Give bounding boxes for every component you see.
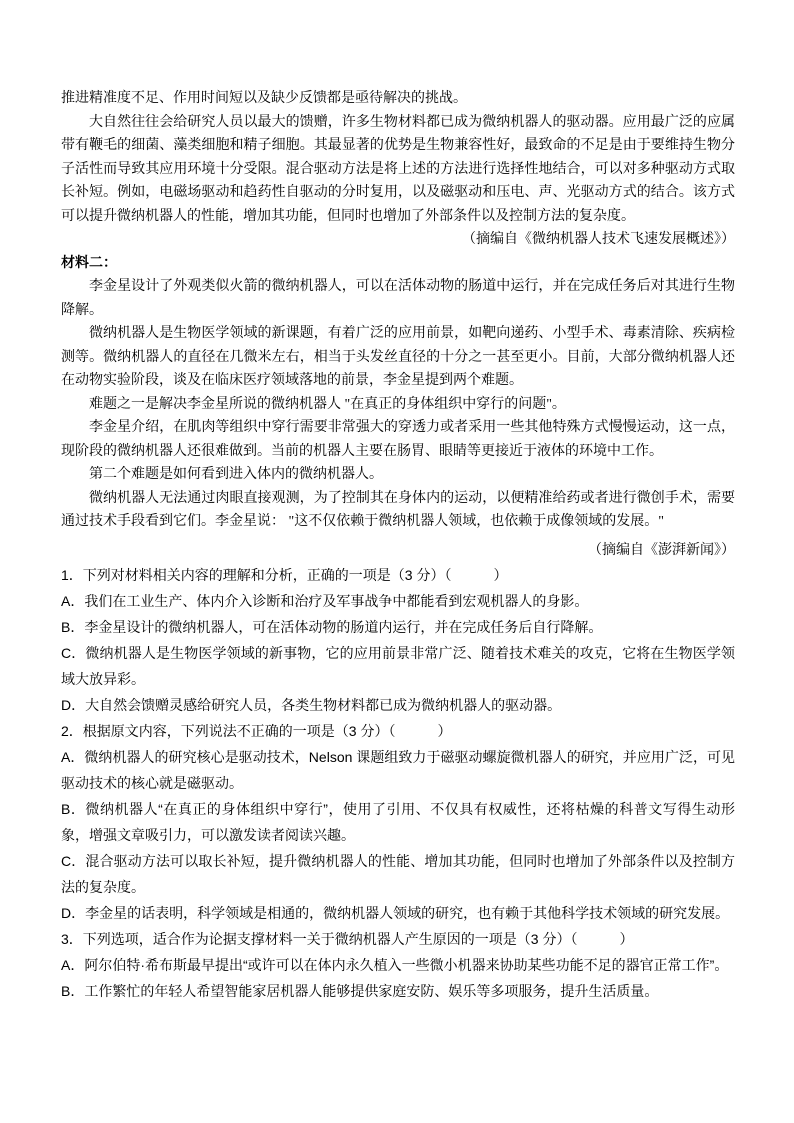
- material-two-paragraph: 微纳机器人无法通过肉眼直接观测，为了控制其在身体内的运动，以便精准给药或者进行微…: [61, 487, 735, 534]
- material-one-citation: （摘编自《微纳机器人技术飞速发展概述》）: [61, 228, 735, 252]
- material-two-paragraph: 第二个难题是如何看到进入体内的微纳机器人。: [61, 463, 735, 487]
- question-3-option-b: B．工作繁忙的年轻人希望智能家居机器人能够提供家庭安防、娱乐等多项服务，提升生活…: [61, 978, 735, 1004]
- question-2: 2．根据原文内容，下列说法不正确的一项是（3 分）（ ） A．微纳机器人的研究核…: [61, 718, 735, 926]
- question-3-stem: 3．下列选项，适合作为论据支撑材料一关于微纳机器人产生原因的一项是（3 分）（ …: [61, 926, 735, 952]
- questions-section: 1．下列对材料相关内容的理解和分析，正确的一项是（3 分）（ ） A．我们在工业…: [61, 562, 735, 1004]
- material-one-section: 推进精准度不足、作用时间短以及缺少反馈都是亟待解决的挑战。 大自然往往会给研究人…: [61, 87, 735, 252]
- question-1-option-c: C．微纳机器人是生物医学领域的新事物，它的应用前景非常广泛、随着技术难关的攻克，…: [61, 640, 735, 692]
- material-one-paragraph: 推进精准度不足、作用时间短以及缺少反馈都是亟待解决的挑战。: [61, 87, 735, 111]
- question-1-option-d: D．大自然会馈赠灵感给研究人员，各类生物材料都已成为微纳机器人的驱动器。: [61, 692, 735, 718]
- question-2-option-a: A．微纳机器人的研究核心是驱动技术，Nelson 课题组致力于磁驱动螺旋微机器人…: [61, 744, 735, 796]
- material-two-heading: 材料二：: [61, 252, 735, 276]
- material-one-paragraph: 大自然往往会给研究人员以最大的馈赠，许多生物材料都已成为微纳机器人的驱动器。应用…: [61, 111, 735, 229]
- material-two-paragraph: 李金星介绍，在肌肉等组织中穿行需要非常强大的穿透力或者采用一些其他特殊方式慢慢运…: [61, 416, 735, 463]
- question-1-option-b: B．李金星设计的微纳机器人，可在活体动物的肠道内运行，并在完成任务后自行降解。: [61, 614, 735, 640]
- question-3: 3．下列选项，适合作为论据支撑材料一关于微纳机器人产生原因的一项是（3 分）（ …: [61, 926, 735, 1004]
- material-two-citation: （摘编自《澎湃新闻》）: [61, 539, 735, 563]
- material-two-paragraph: 李金星设计了外观类似火箭的微纳机器人，可以在活体动物的肠道中运行，并在完成任务后…: [61, 275, 735, 322]
- material-two-paragraph: 微纳机器人是生物医学领域的新课题，有着广泛的应用前景，如靶向递药、小型手术、毒素…: [61, 322, 735, 393]
- question-3-option-a: A．阿尔伯特·希布斯最早提出“或许可以在体内永久植入一些微小机器来协助某些功能不…: [61, 952, 735, 978]
- exam-page: 推进精准度不足、作用时间短以及缺少反馈都是亟待解决的挑战。 大自然往往会给研究人…: [0, 0, 794, 1123]
- question-1-stem: 1．下列对材料相关内容的理解和分析，正确的一项是（3 分）（ ）: [61, 562, 735, 588]
- question-2-stem: 2．根据原文内容，下列说法不正确的一项是（3 分）（ ）: [61, 718, 735, 744]
- question-1: 1．下列对材料相关内容的理解和分析，正确的一项是（3 分）（ ） A．我们在工业…: [61, 562, 735, 718]
- question-2-option-b: B．微纳机器人“在真正的身体组织中穿行”，使用了引用、不仅具有权威性，还将枯燥的…: [61, 796, 735, 848]
- material-two-section: 材料二： 李金星设计了外观类似火箭的微纳机器人，可以在活体动物的肠道中运行，并在…: [61, 252, 735, 563]
- material-two-paragraph: 难题之一是解决李金星所说的微纳机器人 "在真正的身体组织中穿行的问题"。: [61, 393, 735, 417]
- question-1-option-a: A．我们在工业生产、体内介入诊断和治疗及军事战争中都能看到宏观机器人的身影。: [61, 588, 735, 614]
- question-2-option-c: C．混合驱动方法可以取长补短，提升微纳机器人的性能、增加其功能，但同时也增加了外…: [61, 848, 735, 900]
- question-2-option-d: D．李金星的话表明，科学领域是相通的，微纳机器人领域的研究，也有赖于其他科学技术…: [61, 900, 735, 926]
